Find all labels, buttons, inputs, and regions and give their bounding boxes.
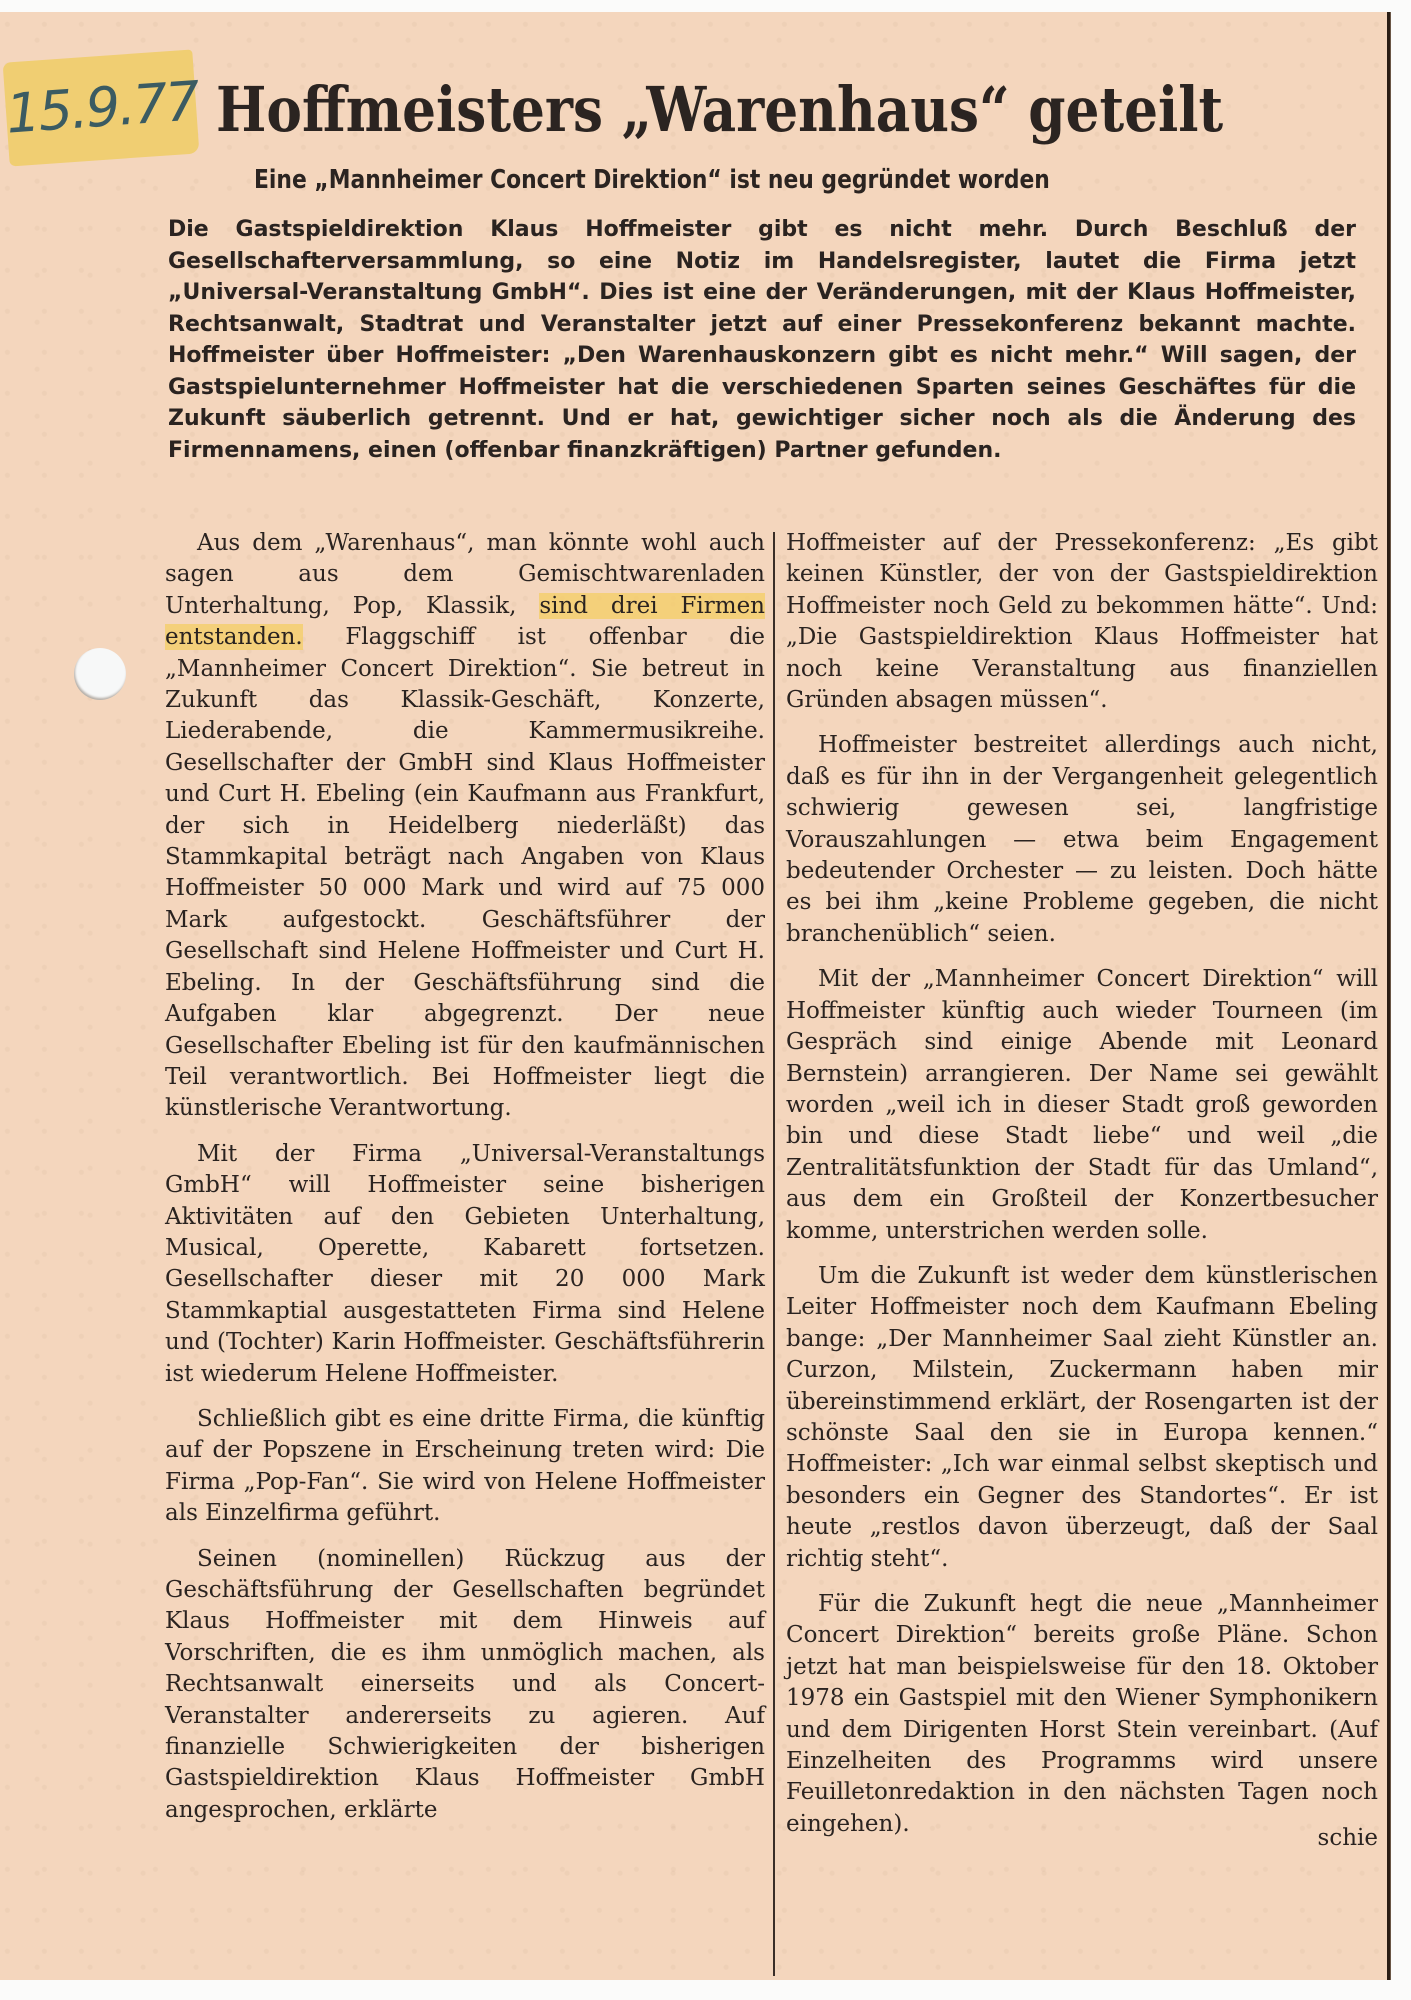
column-divider bbox=[773, 532, 775, 1976]
subheadline: Eine „Mannheimer Concert Direktion“ ist … bbox=[254, 162, 1178, 198]
left-paragraph-2: Mit der Firma „Universal-Veranstaltungs … bbox=[165, 1139, 765, 1390]
left-column: Aus dem „Warenhaus“, man könnte wohl auc… bbox=[165, 528, 765, 1840]
right-paragraph-1-continued: Hoffmeister auf der Pressekonferenz: „Es… bbox=[786, 528, 1378, 716]
right-paragraph-2: Hoffmeister bestreitet allerdings auch n… bbox=[786, 730, 1378, 950]
left-paragraph-3: Schließlich gibt es eine dritte Firma, d… bbox=[165, 1404, 765, 1530]
text-span: Flaggschiff ist offenbar die „Mannheimer… bbox=[165, 624, 765, 1121]
right-paragraph-5: Für die Zukunft hegt die neue „Mannheime… bbox=[786, 1589, 1378, 1840]
right-column: Hoffmeister auf der Pressekonferenz: „Es… bbox=[786, 528, 1378, 1855]
newspaper-clipping: 15.9.77 Hoffmeisters „Warenhaus“ geteilt… bbox=[0, 12, 1390, 1980]
punch-hole bbox=[74, 648, 126, 700]
right-paragraph-3: Mit der „Mannheimer Concert Direktion“ w… bbox=[786, 964, 1378, 1247]
left-paragraph-1: Aus dem „Warenhaus“, man könnte wohl auc… bbox=[165, 528, 765, 1125]
right-paragraph-4: Um die Zukunft ist weder dem künstlerisc… bbox=[786, 1261, 1378, 1575]
handwritten-date-note: 15.9.77 bbox=[3, 49, 200, 166]
handwritten-date: 15.9.77 bbox=[4, 69, 200, 145]
left-paragraph-4: Seinen (nominellen) Rückzug aus der Gesc… bbox=[165, 1544, 765, 1827]
headline: Hoffmeisters „Warenhaus“ geteilt bbox=[216, 70, 1179, 150]
lead-paragraph: Die Gastspieldirektion Klaus Hoffmeister… bbox=[168, 214, 1356, 466]
